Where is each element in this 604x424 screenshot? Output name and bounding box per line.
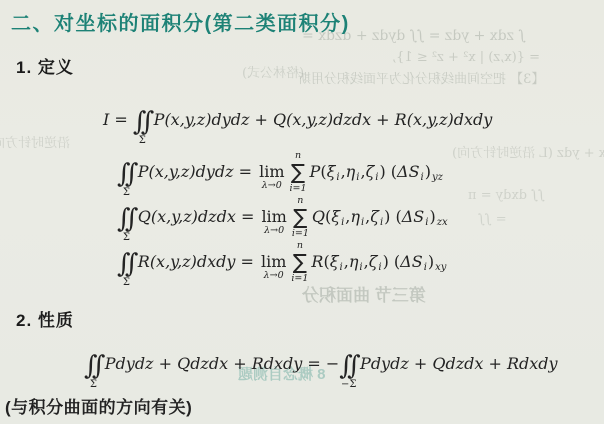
formula-token: dxdy xyxy=(264,354,303,374)
formula-token: dxdy xyxy=(519,354,558,374)
formula-token: i xyxy=(375,172,378,185)
formula-token: ) xyxy=(425,162,431,182)
formula-token: P xyxy=(360,354,371,374)
formula-token: R xyxy=(138,252,150,272)
formula-token: = xyxy=(109,110,133,130)
formula-token: (x,y,z) xyxy=(150,252,197,272)
section-heading-definition: 1. 定义 xyxy=(16,53,74,78)
formula-token: dydz xyxy=(116,354,154,374)
formula-token: i xyxy=(425,217,428,230)
formula-token: Q xyxy=(432,354,445,374)
textbook-page: ∫ zdx + ydz = ∫∫ dydz + dzdx == {(x,z) |… xyxy=(0,0,604,424)
formula-token: dydz xyxy=(211,110,249,130)
formula-token: i xyxy=(380,217,383,230)
formula-token: i xyxy=(340,262,343,275)
formula-token: dzdx xyxy=(198,207,236,227)
formula-token: R xyxy=(252,354,264,374)
formula-token: i xyxy=(361,217,364,230)
formula-token: ( xyxy=(389,252,400,272)
formula-token: dzdx xyxy=(445,354,483,374)
formula-token: (x,y,z) xyxy=(151,207,198,227)
formula-q-component: ∫∫ΣQ(x,y,z)dzdx = limλ→0n∑i=1Q(ξi,ηi,ζi)… xyxy=(117,192,449,242)
bleedthrough-text: = ∫∫ xyxy=(478,212,507,228)
formula-token: i xyxy=(424,262,427,275)
formula-token: ζ xyxy=(366,162,375,182)
formula-token: limλ→0 xyxy=(261,254,286,281)
formula-token: P xyxy=(138,162,149,182)
formula-token: + xyxy=(409,354,433,374)
formula-token: limλ→0 xyxy=(261,209,286,236)
formula-token: ξ xyxy=(331,207,340,227)
formula-token: + xyxy=(249,110,273,130)
formula-token: dxdy xyxy=(454,110,493,130)
bleedthrough-text: 【3】 把空间曲线积分化为平面线积分用斯 xyxy=(298,72,544,88)
formula-token: ( xyxy=(386,162,397,182)
formula-token: η xyxy=(346,162,356,182)
formula-orientation-property: ∫∫ΣPdydz + Qdzdx + Rdxdy = −∫∫−ΣPdydz + … xyxy=(84,342,558,386)
formula-token: dzdx xyxy=(333,110,371,130)
formula-token: dzdx xyxy=(190,354,228,374)
bleedthrough-text: zdx + ydz (L 沿逆时针方向) xyxy=(452,146,604,162)
formula-token: limλ→0 xyxy=(259,164,284,191)
formula-token: ∫∫Σ xyxy=(117,251,136,288)
formula-token: + xyxy=(228,354,252,374)
formula-token: ΔS xyxy=(397,162,420,182)
formula-token: ζ xyxy=(370,207,379,227)
formula-token: zx xyxy=(437,217,448,230)
formula-token: = xyxy=(235,252,259,272)
formula-token: ΔS xyxy=(400,252,423,272)
formula-token: + xyxy=(371,110,395,130)
formula-token: ξ xyxy=(327,162,336,182)
formula-token: ) xyxy=(429,207,435,227)
formula-token: (x,y,z) xyxy=(164,110,211,130)
formula-token: ζ xyxy=(369,252,378,272)
section-heading-properties: 2. 性质 xyxy=(16,306,74,331)
formula-p-component: ∫∫ΣP(x,y,z)dydz = limλ→0n∑i=1P(ξi,ηi,ζi)… xyxy=(117,146,444,198)
formula-token: R xyxy=(395,110,407,130)
formula-token: i xyxy=(336,172,339,185)
formula-token: i xyxy=(378,262,381,275)
formula-token: Q xyxy=(273,110,286,130)
bleedthrough-text: = {(x,z) | x² + z² ≤ 1}, xyxy=(392,50,540,66)
formula-token: ( xyxy=(390,207,401,227)
bleedthrough-text: ∫∫ dxdy = π xyxy=(468,188,545,204)
formula-token: Q xyxy=(312,207,325,227)
formula-token: i xyxy=(359,262,362,275)
formula-token: i xyxy=(341,217,344,230)
formula-token: i xyxy=(421,172,424,185)
formula-token: η xyxy=(349,252,359,272)
formula-main-definition: I = ∫∫ΣP(x,y,z)dydz + Q(x,y,z)dzdx + R(x… xyxy=(103,100,492,140)
formula-token: = − xyxy=(302,354,339,374)
formula-r-component: ∫∫ΣR(x,y,z)dxdy = limλ→0n∑i=1R(ξi,ηi,ζi)… xyxy=(117,237,447,287)
formula-token: ξ xyxy=(330,252,339,272)
formula-token: Q xyxy=(138,207,151,227)
bleedthrough-text: 沿逆时针方向 xyxy=(0,136,70,152)
formula-token: ∫∫Σ xyxy=(133,109,152,146)
formula-token: dxdy xyxy=(197,252,236,272)
formula-token: P xyxy=(310,162,321,182)
formula-token: (x,y,z) xyxy=(407,110,454,130)
formula-token: n∑i=1 xyxy=(292,196,309,238)
formula-token: P xyxy=(105,354,116,374)
formula-token: n∑i=1 xyxy=(290,151,307,193)
formula-token: dydz xyxy=(196,162,234,182)
formula-token: ΔS xyxy=(402,207,425,227)
formula-token: dydz xyxy=(371,354,409,374)
formula-token: (x,y,z) xyxy=(286,110,333,130)
formula-token: ∫∫Σ xyxy=(84,353,103,390)
formula-token: i xyxy=(356,172,359,185)
bleedthrough-text: (格林公式) xyxy=(242,66,304,82)
formula-token: + xyxy=(153,354,177,374)
formula-token: xy xyxy=(435,262,446,275)
formula-token: R xyxy=(311,252,323,272)
formula-token: (x,y,z) xyxy=(149,162,196,182)
formula-token: Q xyxy=(177,354,190,374)
formula-token: n∑i=1 xyxy=(291,241,308,283)
formula-token: η xyxy=(350,207,360,227)
formula-token: + xyxy=(483,354,507,374)
formula-token: = xyxy=(236,207,260,227)
formula-token: yz xyxy=(432,172,443,185)
footnote-orientation-note: (与积分曲面的方向有关) xyxy=(5,393,192,418)
page-title: 二、对坐标的面积分(第二类面积分) xyxy=(11,7,350,36)
formula-token: R xyxy=(507,354,519,374)
formula-token: ) xyxy=(428,252,434,272)
bleedthrough-text: 第三节 曲面积分 xyxy=(302,286,426,306)
formula-token: ∫∫−Σ xyxy=(339,353,358,390)
formula-token: P xyxy=(154,110,165,130)
formula-token: = xyxy=(234,162,258,182)
